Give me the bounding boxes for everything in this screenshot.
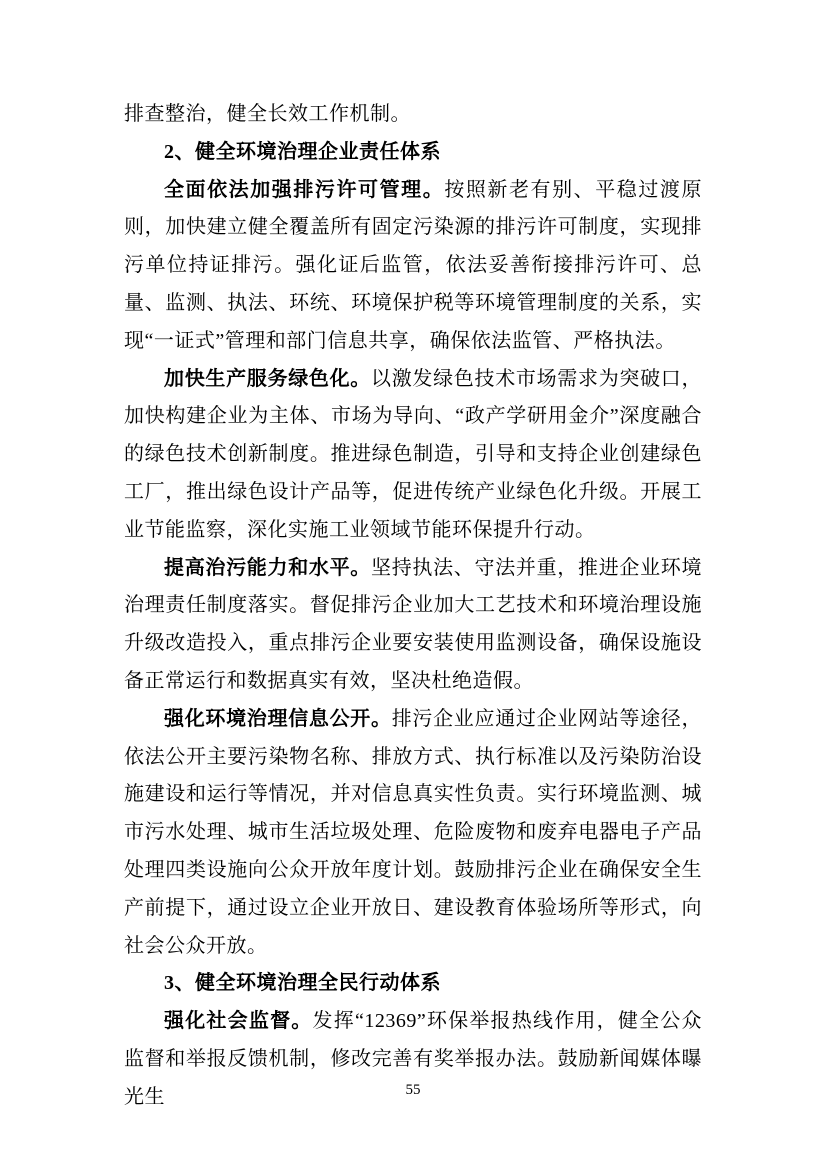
body-paragraph: 强化环境治理信息公开。排污企业应通过企业网站等途径，依法公开主要污染物名称、排放…: [124, 701, 702, 966]
bold-text-run: 全面依法加强排污许可管理。: [164, 179, 444, 201]
text-run: 以激发绿色技术市场需求为突破口，加快构建企业为主体、市场为导向、“政产学研用金介…: [124, 368, 702, 541]
document-page: 排查整治，健全长效工作机制。2、健全环境治理企业责任体系全面依法加强排污许可管理…: [0, 0, 826, 1169]
body-paragraph: 加快生产服务绿色化。以激发绿色技术市场需求为突破口，加快构建企业为主体、市场为导…: [124, 361, 702, 550]
bold-text-run: 提高治污能力和水平。: [164, 557, 371, 579]
body-paragraph: 提高治污能力和水平。坚持执法、守法并重，推进企业环境治理责任制度落实。督促排污企…: [124, 550, 702, 701]
page-footer: 55: [0, 1081, 826, 1099]
bold-text-run: 2、健全环境治理企业责任体系: [164, 141, 441, 163]
page-number: 55: [406, 1082, 421, 1098]
bold-text-run: 强化环境治理信息公开。: [164, 708, 392, 730]
bold-text-run: 3、健全环境治理全民行动体系: [164, 972, 441, 994]
body-paragraph: 强化社会监督。发挥“12369”环保举报热线作用，健全公众监督和举报反馈机制，修…: [124, 1003, 702, 1116]
section-heading: 3、健全环境治理全民行动体系: [124, 965, 702, 1003]
body-paragraph: 排查整治，健全长效工作机制。: [124, 96, 702, 134]
text-run: 排污企业应通过企业网站等途径，依法公开主要污染物名称、排放方式、执行标准以及污染…: [124, 708, 702, 957]
bold-text-run: 强化社会监督。: [164, 1010, 313, 1032]
section-heading: 2、健全环境治理企业责任体系: [124, 134, 702, 172]
text-run: 按照新老有别、平稳过渡原则，加快建立健全覆盖所有固定污染源的排污许可制度，实现排…: [124, 179, 702, 352]
bold-text-run: 加快生产服务绿色化。: [164, 368, 371, 390]
body-paragraph: 全面依法加强排污许可管理。按照新老有别、平稳过渡原则，加快建立健全覆盖所有固定污…: [124, 172, 702, 361]
document-content: 排查整治，健全长效工作机制。2、健全环境治理企业责任体系全面依法加强排污许可管理…: [124, 96, 702, 1117]
text-run: 排查整治，健全长效工作机制。: [124, 103, 411, 125]
